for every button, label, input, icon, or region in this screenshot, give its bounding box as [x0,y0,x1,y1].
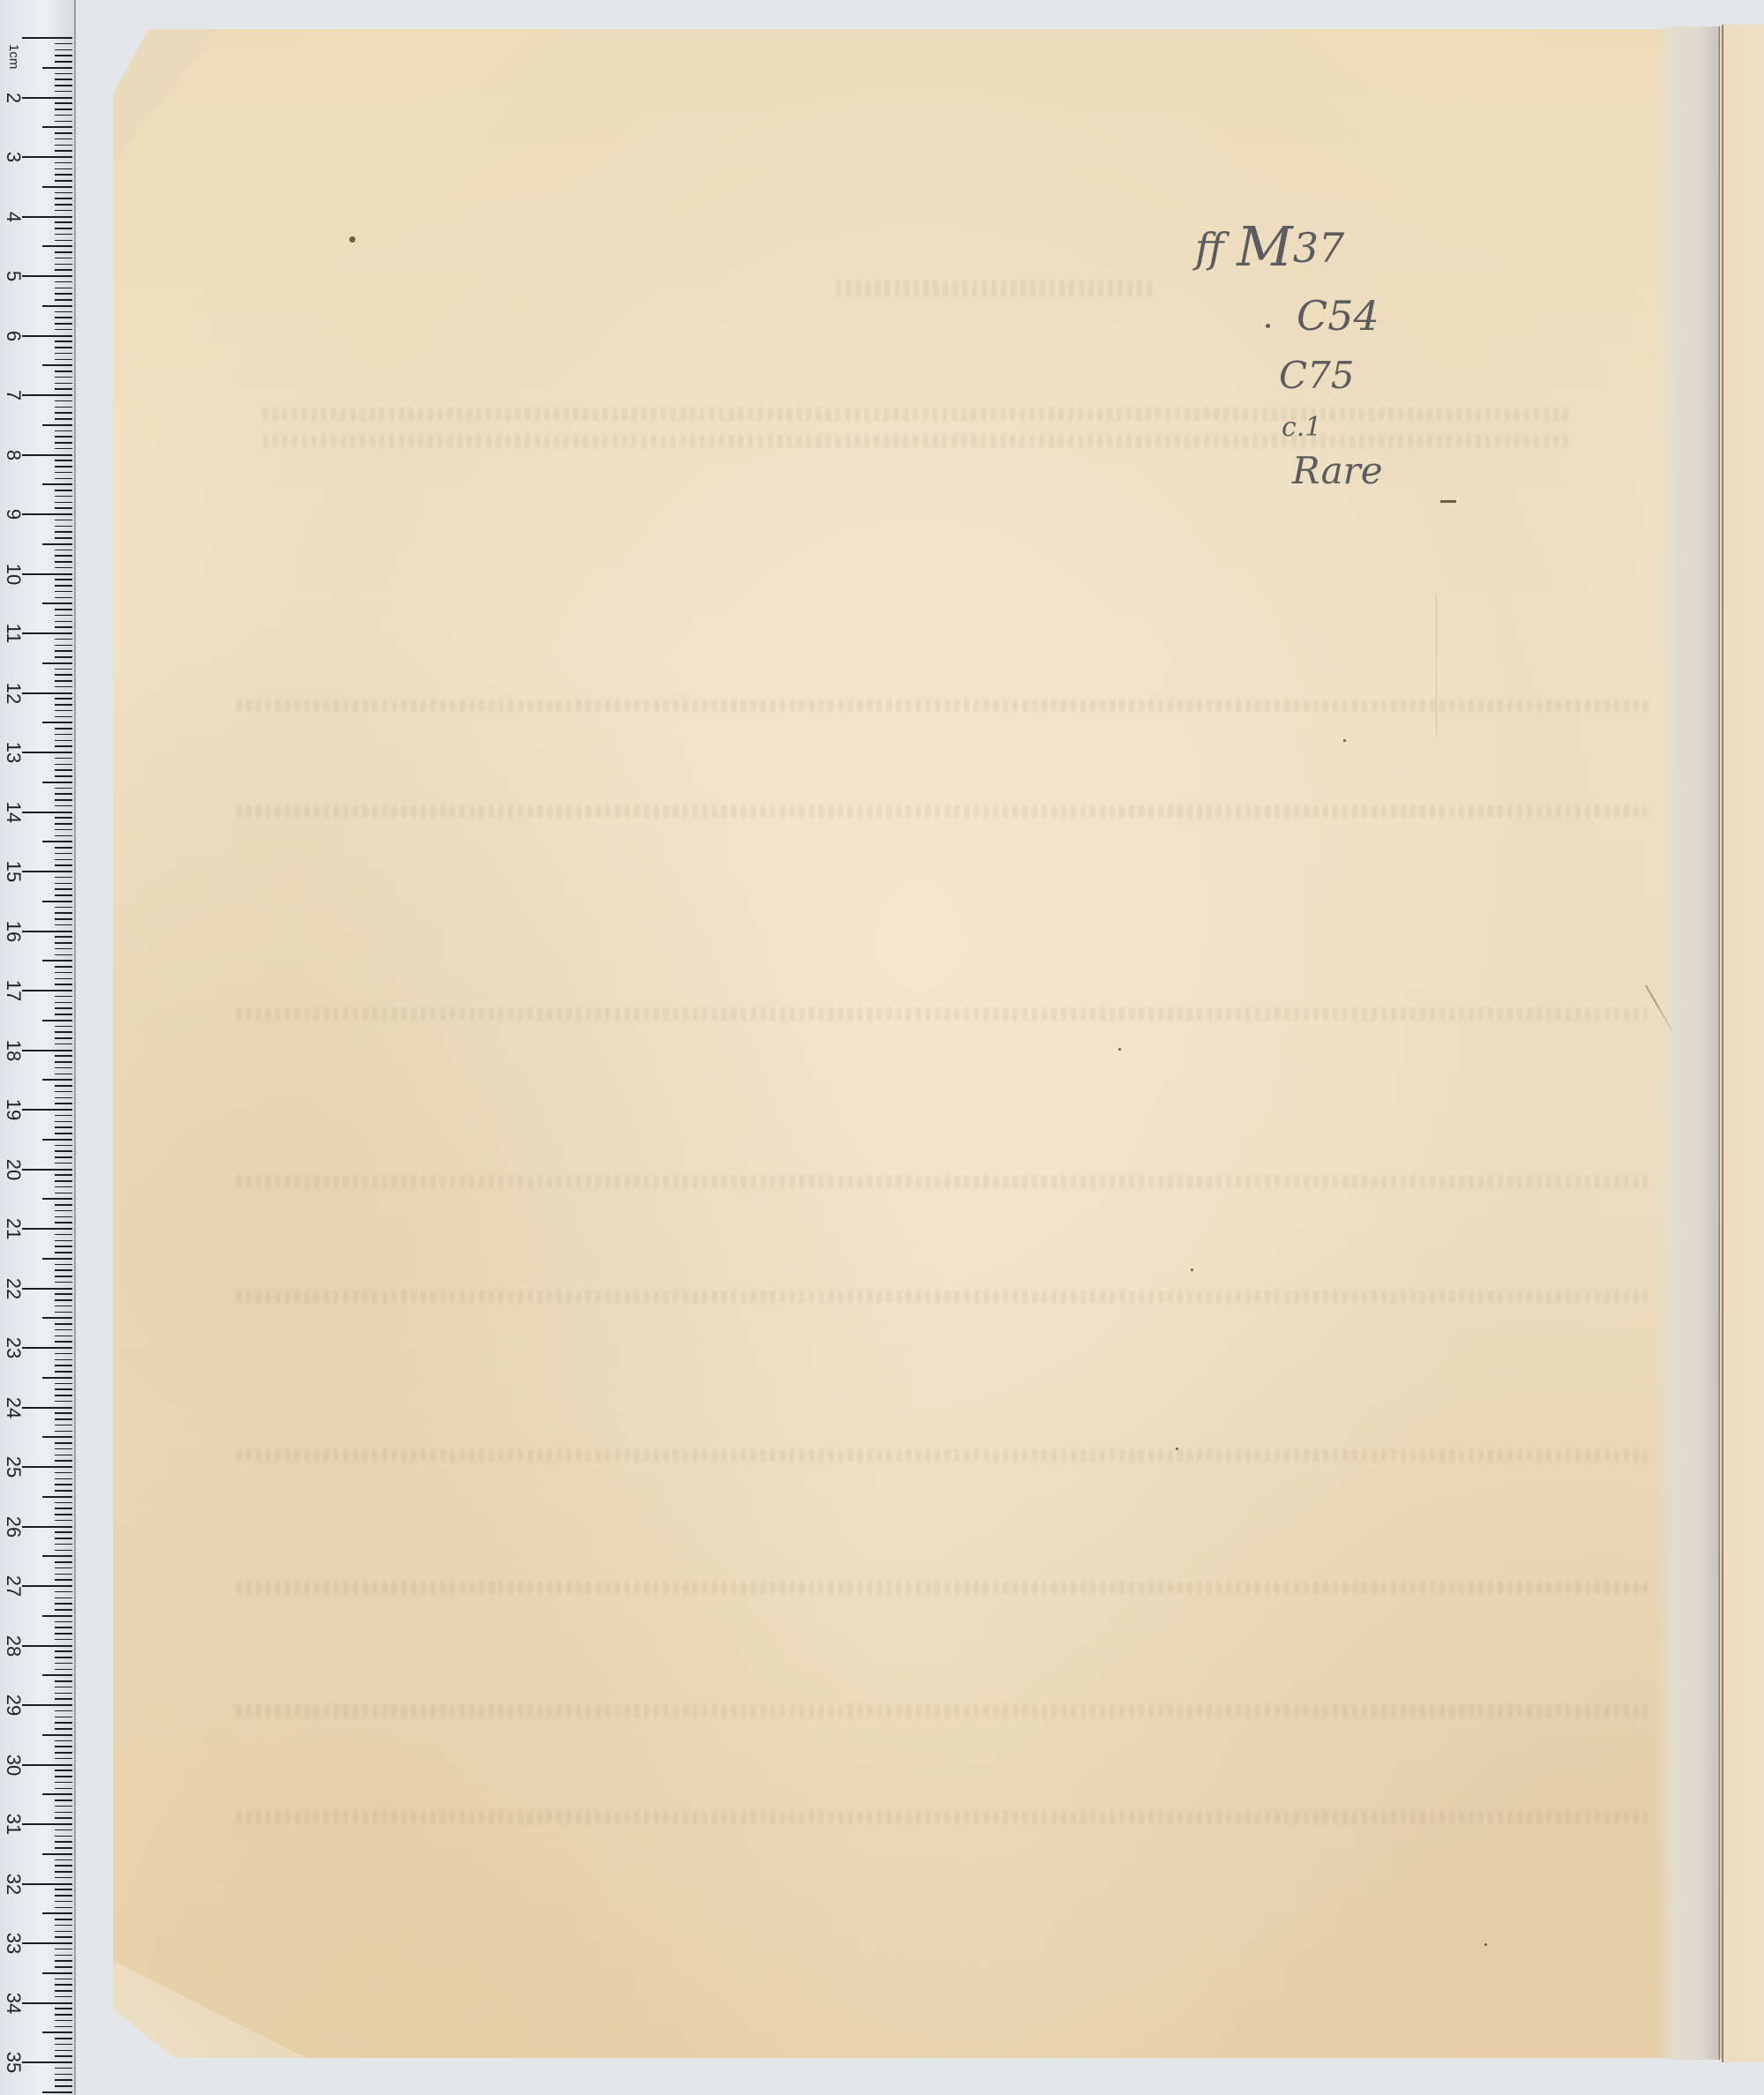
ruler-tick [55,591,72,593]
ruler-tick [55,2014,72,2016]
ruler-tick [55,323,72,325]
paper-speck [1484,1943,1487,1946]
ruler-tick [55,1246,72,1247]
ruler-tick [55,198,72,199]
ruler-tick [42,1555,72,1557]
ruler-tick [55,168,72,170]
ruler-tick [22,1347,72,1349]
ruler-tick [22,632,72,634]
ruler-tick [22,1645,72,1647]
ruler-tick [55,526,72,527]
ruler-tick [55,85,72,86]
ruler-tick [55,1091,72,1093]
ruler-number: 16 [2,920,25,943]
ruler-number: 28 [2,1635,25,1657]
ruler-tick [55,1455,72,1456]
ruler-tick [55,1996,72,1998]
ruler-tick [55,823,72,825]
ruler-tick [55,597,72,599]
ruler-number: 33 [2,1932,25,1955]
ruler-number: 14 [2,801,25,824]
ruler-tick [55,1163,72,1164]
ruler-tick [55,650,72,652]
ruler-tick [42,2091,72,2093]
ruler-tick [55,1568,72,1569]
ruler-tick [55,2026,72,2028]
ruler-tick [55,1336,72,1337]
ruler-tick [42,1317,72,1319]
ruler-tick [55,1895,72,1897]
ruler-tick [55,1329,72,1331]
paper-speck [349,236,355,243]
ruler-tick [55,1442,72,1444]
ruler-tick [55,758,72,759]
ruler-tick [55,150,72,152]
ruler-tick [55,1782,72,1784]
call-number-line-1: ff M37 [1195,216,1344,271]
ruler-tick [55,490,72,491]
ruler-tick [55,1365,72,1366]
ruler-tick [55,1531,72,1533]
ruler-tick [22,2061,72,2063]
ruler-tick [55,1234,72,1236]
ruler-tick [55,2074,72,2076]
ruler-tick [55,1401,72,1403]
ruler-number: 22 [2,1277,25,1300]
ruler-tick [22,275,72,277]
ruler-number: 29 [2,1694,25,1717]
ruler-tick [55,639,72,640]
ruler-tick [55,1252,72,1253]
ruler-tick [55,1276,72,1277]
ruler-tick [55,502,72,504]
ruler-tick [55,55,72,56]
ruler-tick [55,1776,72,1777]
ruler-tick [22,1407,72,1409]
call-number-class-number: 37 [1293,224,1345,272]
ruler-tick [22,1823,72,1825]
adjacent-page-edge [1722,25,1764,2062]
ruler-tick [42,1258,72,1260]
ruler-tick [55,496,72,498]
ruler-tick [42,424,72,426]
ruler-tick [55,1293,72,1295]
ruler-tick [42,1198,72,1200]
call-number-prefix: ff [1195,224,1224,272]
ruler-tick [55,1299,72,1301]
ruler-tick [55,1085,72,1087]
ruler-tick [55,764,72,766]
ruler-tick [22,692,72,694]
bleed-through-staff [236,1008,1648,1021]
ruler-tick [55,1698,72,1700]
call-number-collection: Rare [1292,453,1383,490]
ruler-tick [55,293,72,295]
ruler-tick [42,782,72,783]
ruler-tick [55,674,72,676]
ruler-tick [55,49,72,51]
ruler-tick [55,1717,72,1718]
call-number-copy: c.1 [1282,415,1321,441]
ruler-tick [55,1150,72,1152]
ruler-tick [55,555,72,557]
ruler-tick [55,1210,72,1212]
ruler-tick [55,1799,72,1801]
ruler-tick [55,1657,72,1658]
ruler-tick [55,1097,72,1099]
ruler-tick [55,1829,72,1831]
ruler-number: 26 [2,1515,25,1538]
ruler-tick [42,1853,72,1855]
ruler-tick [55,680,72,682]
bleed-through-staff [236,1582,1648,1594]
ruler-tick [55,1067,72,1069]
ruler-tick [55,550,72,551]
ruler-tick [55,740,72,742]
ruler-tick [55,1460,72,1462]
ruler-tick [55,1925,72,1927]
ruler-tick [22,1228,72,1230]
ruler-tick [42,1020,72,1021]
ruler-tick [55,1770,72,1771]
ruler-tick [55,1650,72,1652]
paper-speck [1343,739,1346,742]
ruler-tick [42,1972,72,1974]
ruler-tick [42,722,72,723]
ruler-tick [22,1704,72,1706]
ruler-number: 9 [2,503,25,526]
ruler-tick [22,216,72,218]
ruler-tick [22,1109,72,1111]
ruler-tick [55,936,72,938]
ruler-tick [55,686,72,688]
ruler-tick [55,864,72,866]
ruler-tick [55,317,72,318]
ruler-tick [42,1734,72,1736]
ruler-tick [55,1353,72,1355]
ruler-tick [55,942,72,944]
ruler-tick [42,305,72,307]
ruler-tick [55,460,72,461]
ruler-tick [22,335,72,337]
ruler-tick [55,996,72,998]
ruler-tick [22,454,72,456]
ruler-tick [55,442,72,444]
ruler-number: 25 [2,1455,25,1478]
ruler-tick [55,1514,72,1515]
ruler-tick [55,210,72,212]
ruler-tick [55,1710,72,1712]
ruler-tick [55,954,72,956]
ruler-tick [55,1812,72,1814]
ruler-tick [55,1216,72,1218]
ruler-tick [42,126,72,128]
ruler-tick [55,883,72,885]
ruler-tick [55,1490,72,1492]
ruler-tick [55,436,72,438]
ruler-number: 11 [2,622,25,645]
ruler-tick [55,1282,72,1283]
ruler-tick [55,1597,72,1599]
ruler-tick [55,924,72,926]
ruler-tick [55,108,72,110]
ruler-tick [55,859,72,861]
ruler-tick [42,1436,72,1438]
ruler-tick [55,1990,72,1992]
ruler-tick [55,1502,72,1504]
bleed-through-title [836,281,1154,296]
ruler-tick [55,579,72,580]
ruler-tick [55,710,72,712]
ruler-tick [55,728,72,730]
ruler-tick [55,281,72,283]
ruler-tick [55,615,72,617]
pencil-dot [1266,324,1270,328]
ruler-tick [42,841,72,842]
ruler-tick [55,79,72,80]
ruler-tick [55,1865,72,1867]
ruler-tick [55,2038,72,2039]
ruler-tick [55,918,72,920]
ruler-tick [55,1984,72,1986]
ruler-tick [55,2079,72,2081]
ruler-tick [55,1180,72,1182]
ruler-tick [22,2002,72,2004]
ruler-tick [22,1466,72,1468]
ruler-tick [55,1222,72,1223]
paper-speck [1118,1048,1121,1051]
ruler-tick [22,97,72,99]
ruler-number: 24 [2,1396,25,1419]
ruler-tick [42,543,72,545]
ruler-number: 34 [2,1992,25,2015]
ruler-tick [55,1240,72,1242]
ruler-number: 12 [2,682,25,705]
ruler-tick [55,1633,72,1635]
ruler-tick [55,507,72,509]
ruler-number: 30 [2,1754,25,1777]
ruler-tick [55,1669,72,1671]
ruler-tick [55,894,72,896]
ruler-tick [42,1139,72,1141]
ruler-tick [42,483,72,485]
ruler-tick [55,1680,72,1682]
ruler-tick [55,1431,72,1433]
ruler-tick [55,1425,72,1426]
ruler-tick [55,1061,72,1063]
ruler-tick [42,1496,72,1498]
ruler-tick [55,2020,72,2022]
ruler-number: 17 [2,979,25,1002]
ruler-tick [55,853,72,855]
ruler-tick [55,359,72,361]
ruler-tick [55,102,72,104]
folded-corner-top [113,29,219,161]
ruler-tick [55,907,72,909]
ruler-tick [55,115,72,116]
ruler-tick [55,407,72,408]
bleed-through-staff [236,805,1648,818]
ruler-tick [55,2008,72,2009]
bleed-through-staff [236,1291,1648,1303]
ruler-tick [55,1627,72,1628]
ruler-tick [42,960,72,961]
ruler-tick [42,186,72,188]
ruler-tick [55,1949,72,1950]
ruler-tick [55,1836,72,1837]
ruler-tick [42,2031,72,2033]
ruler-tick [55,1472,72,1474]
ruler-tick [22,1585,72,1587]
ruler-tick [55,626,72,628]
ruler-tick [42,901,72,902]
ruler-tick [55,448,72,450]
ruler-number: 35 [2,2051,25,2074]
ruler-tick [55,138,72,140]
bleed-through-staff [236,1705,1648,1717]
ruler-tick [55,621,72,623]
ruler-number: 31 [2,1813,25,1836]
paper-tear [1436,594,1437,735]
ruler-tick [55,1574,72,1575]
ruler-tick [22,1050,72,1051]
ruler-tick [55,234,72,236]
ruler-number: 5 [2,265,25,288]
ruler-tick [55,1966,72,1968]
ruler-tick [55,288,72,289]
ruler-tick [22,812,72,813]
ruler-tick [55,430,72,432]
ruler-tick [55,609,72,610]
ruler-tick [55,537,72,539]
ruler-tick [22,37,72,39]
ruler-number: 3 [2,146,25,168]
ruler-tick [55,1508,72,1509]
ruler-tick [55,1156,72,1158]
ruler-tick [55,1538,72,1539]
ruler-tick [55,1544,72,1545]
ruler-tick [55,204,72,206]
ruler-tick [55,2044,72,2046]
ruler-tick [55,1341,72,1343]
ruler-tick [55,1383,72,1385]
ruler-tick [55,466,72,468]
ruler-tick [22,1169,72,1171]
ruler-tick [55,745,72,747]
ruler-tick [55,948,72,950]
ruler-tick [55,567,72,569]
ruler-tick [55,1395,72,1396]
ruler-tick [55,1359,72,1361]
ruler-tick [55,1323,72,1325]
ruler-tick [55,1728,72,1730]
ruler-tick [55,1901,72,1903]
call-number-class-letter: M [1237,214,1292,279]
ruler-tick [55,788,72,789]
ruler-tick [55,1877,72,1879]
ruler-tick [55,1478,72,1480]
pencil-mark [1440,500,1456,503]
ruler-tick [55,1936,72,1938]
ruler-tick [55,2050,72,2052]
ruler-tick [55,669,72,670]
ruler-tick [55,347,72,348]
ruler-number: 19 [2,1098,25,1121]
ruler-number: 18 [2,1039,25,1062]
ruler-tick [55,829,72,831]
ruler-tick [55,192,72,194]
paper-speck [1191,1268,1193,1271]
ruler-tick [55,2085,72,2087]
ruler-tick [55,258,72,259]
ruler-tick [42,662,72,664]
call-number-cutter-1: C54 [1297,296,1379,336]
ruler-tick [55,1621,72,1623]
ruler-tick [55,561,72,563]
ruler-tick [55,1550,72,1552]
ruler-tick [55,1931,72,1933]
ruler-tick [55,793,72,795]
ruler-unit-label: 1cm [2,44,25,67]
ruler-tick [55,1388,72,1390]
ruler-tick [55,775,72,777]
ruler-tick [55,1037,72,1039]
ruler-tick [55,1919,72,1920]
ruler-tick [55,370,72,372]
ruler-tick [42,1912,72,1914]
ruler-tick [55,43,72,45]
ruler-number: 15 [2,860,25,883]
ruler-tick [55,978,72,980]
ruler-tick [55,299,72,301]
ruler-tick [55,264,72,266]
ruler-tick [55,145,72,146]
ruler-tick [55,269,72,271]
ruler-tick [55,1269,72,1271]
ruler-tick [55,1306,72,1307]
ruler-tick [22,156,72,158]
ruler-tick [55,1889,72,1890]
ruler-tick [55,1847,72,1849]
ruler-tick [55,1758,72,1760]
ruler-tick [42,1079,72,1081]
ruler-tick [55,912,72,914]
ruler-tick [22,1288,72,1290]
ruler-number: 27 [2,1575,25,1597]
ruler-tick [55,1806,72,1807]
ruler-tick [55,1014,72,1015]
ruler-number: 4 [2,206,25,228]
ruler-tick [55,1312,72,1313]
ruler-tick [55,1133,72,1134]
ruler-tick [55,383,72,385]
ruler-tick [55,472,72,474]
ruler-tick [42,67,72,69]
ruler-tick [42,1377,72,1379]
ruler-tick [55,704,72,706]
ruler-tick [55,1115,72,1117]
ruler-tick [55,1960,72,1962]
ruler-tick [55,1484,72,1485]
ruler-tick [55,698,72,700]
ruler-tick [55,966,72,968]
ruler-tick [55,400,72,402]
ruler-tick [55,656,72,658]
ruler-tick [55,799,72,801]
ruler-tick [42,1674,72,1676]
document-page [113,29,1729,2058]
ruler-tick [55,240,72,242]
